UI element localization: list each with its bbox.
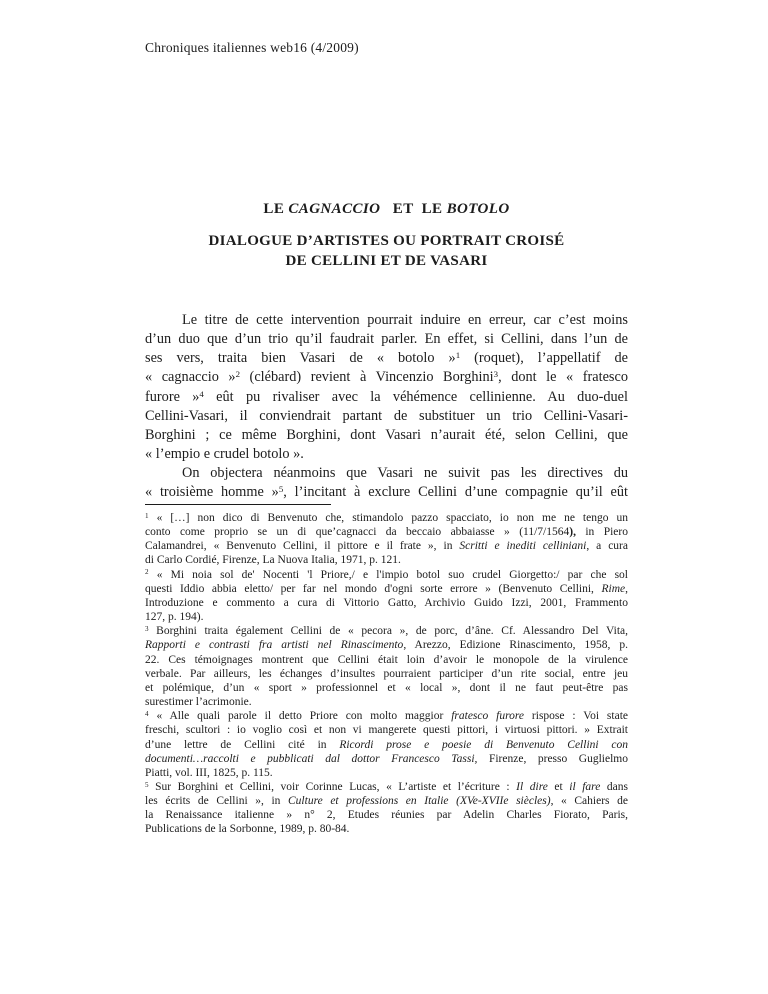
footnote-line: et polémique, d’un « sport » professionn… <box>145 681 628 695</box>
text-run: « Mi noia sol de' Nocenti 'l Priore,/ e … <box>149 569 628 581</box>
body-line: ses vers, traita bien Vasari de « botolo… <box>145 349 628 368</box>
footnote-separator <box>145 504 331 505</box>
text-run: d’une lettre de Cellini cité in <box>145 739 339 751</box>
body-line: Borghini ; ce même Borghini, dont Vasari… <box>145 426 628 445</box>
footnote-line: documenti…raccolti e pubblicati dal dott… <box>145 752 628 766</box>
footnote-line: conto come proprio se un di que’cagnacci… <box>145 525 628 539</box>
text-run: « l’empio e crudel botolo ». <box>145 446 304 462</box>
text-run: in Piero <box>576 526 628 538</box>
text-run: di Carlo Cordié, Firenze, La Nuova Itali… <box>145 554 401 566</box>
text-run: eût pu rivaliser avec la véhémence celli… <box>204 389 628 405</box>
text-run: d’un duo que d’un trio qu’il faudrait pa… <box>145 331 628 347</box>
text-run: 22. Ces témoignages montrent que Cellini… <box>145 654 628 666</box>
body-line: furore »4 eût pu rivaliser avec la véhém… <box>145 388 628 407</box>
text-run: freschi, scultori : io voglio così et no… <box>145 724 628 736</box>
footnote-ref: 1 <box>456 350 460 360</box>
text-run: BOTOLO <box>447 201 510 217</box>
text-run: ses vers, traita bien Vasari de « botolo… <box>145 350 456 366</box>
text-run: questi Iddio abbia eletto/ per far nel m… <box>145 583 601 595</box>
text-run: Rapporti e contrasti fra artisti nel Rin… <box>145 639 403 651</box>
footnote-line: 2 « Mi noia sol de' Nocenti 'l Priore,/ … <box>145 568 628 582</box>
footnote-line: la Renaissance italienne » n° 2, Etudes … <box>145 808 628 822</box>
text-run: (roquet), l’appellatif de <box>460 350 628 366</box>
footnote-line: 4 « Alle quali parole il detto Priore co… <box>145 709 628 723</box>
text-run: dans <box>600 781 628 793</box>
text-run: « […] non dico di Benvenuto che, stimand… <box>149 512 628 524</box>
footnote-line: Calamandrei, « Benvenuto Cellini, il pit… <box>145 539 628 553</box>
body-line: « troisième homme »5, l’incitant à exclu… <box>145 483 628 502</box>
text-run: Scritti e inediti celliniani <box>459 540 586 552</box>
text-run: , dont le « fratesco <box>498 369 628 385</box>
text-run: Calamandrei, « Benvenuto Cellini, il pit… <box>145 540 459 552</box>
article-subtitle-line1: DIALOGUE D’ARTISTES OU PORTRAIT CROISÉ <box>145 231 628 251</box>
footnote-ref: 4 <box>199 389 203 399</box>
footnote-line: surestimer l’acrimonie. <box>145 695 628 709</box>
text-run: surestimer l’acrimonie. <box>145 696 252 708</box>
body-line: d’un duo que d’un trio qu’il faudrait pa… <box>145 330 628 349</box>
text-run: verbale. Par ailleurs, les échanges d’in… <box>145 668 628 680</box>
text-run: On objectera néanmoins que Vasari ne sui… <box>182 465 628 481</box>
text-run: Le titre de cette intervention pourrait … <box>182 312 628 328</box>
footnote-line: 127, p. 194). <box>145 610 628 624</box>
body-line: « l’empio e crudel botolo ». <box>145 445 628 464</box>
footnote-line: d’une lettre de Cellini cité in Ricordi … <box>145 738 628 752</box>
text-run: Ricordi prose e poesie di Benvenuto Cell… <box>339 739 628 751</box>
footnote-line: Publications de la Sorbonne, 1989, p. 80… <box>145 822 628 836</box>
footnote-line: questi Iddio abbia eletto/ per far nel m… <box>145 582 628 596</box>
text-run: ), <box>569 526 576 538</box>
text-run: rispose : Voi state <box>524 710 628 722</box>
footnote-ref: 4 <box>145 710 149 718</box>
text-run: documenti…raccolti e pubblicati dal dott… <box>145 753 477 765</box>
text-run: , a cura <box>586 540 628 552</box>
text-run: Introduzione e commento a cura di Vittor… <box>145 597 628 609</box>
text-run: Firenze, presso Guglielmo <box>477 753 628 765</box>
footnote-line: di Carlo Cordié, Firenze, La Nuova Itali… <box>145 553 628 567</box>
footnote-line: Introduzione e commento a cura di Vittor… <box>145 596 628 610</box>
text-run: Sur Borghini et Cellini, voir Corinne Lu… <box>149 781 517 793</box>
text-run: « cagnaccio » <box>145 369 236 385</box>
text-run: Piatti, vol. III, 1825, p. 115. <box>145 767 273 779</box>
footnote-ref: 5 <box>279 484 283 494</box>
footnote-ref: 3 <box>145 625 149 633</box>
text-run: Borghini traita également Cellini de « p… <box>149 625 628 637</box>
text-run: fratesco furore <box>451 710 524 722</box>
text-run: Cellini-Vasari, il conviendrait partant … <box>145 408 628 424</box>
text-run: CAGNACCIO <box>288 201 380 217</box>
text-run: furore » <box>145 389 199 405</box>
text-run: conto come proprio se un di que’cagnacci… <box>145 526 569 538</box>
footnote-ref: 1 <box>145 512 149 520</box>
footnote-ref: 2 <box>145 568 149 576</box>
footnote-ref: 3 <box>494 369 498 379</box>
text-run: ET LE <box>380 201 446 217</box>
footnote-line: 1 « […] non dico di Benvenuto che, stima… <box>145 511 628 525</box>
text-run: il fare <box>569 781 600 793</box>
footnote-line: 22. Ces témoignages montrent que Cellini… <box>145 653 628 667</box>
footnote-line: 3 Borghini traita également Cellini de «… <box>145 624 628 638</box>
footnote-ref: 5 <box>145 781 149 789</box>
text-run: 127, p. 194). <box>145 611 203 623</box>
text-run: « Alle quali parole il detto Priore con … <box>149 710 452 722</box>
article-subtitle-line2: DE CELLINI ET DE VASARI <box>145 251 628 271</box>
text-run: Rime <box>601 583 625 595</box>
footnote-line: Piatti, vol. III, 1825, p. 115. <box>145 766 628 780</box>
footnote-line: 5 Sur Borghini et Cellini, voir Corinne … <box>145 780 628 794</box>
text-run: , <box>625 583 628 595</box>
article-title: LE CAGNACCIO ET LE BOTOLO <box>145 201 628 218</box>
body-line: « cagnaccio »2 (clébard) revient à Vince… <box>145 368 628 387</box>
text-run: la Renaissance italienne » n° 2, Etudes … <box>145 809 628 821</box>
footnote-ref: 2 <box>236 369 240 379</box>
footnote-line: freschi, scultori : io voglio così et no… <box>145 723 628 737</box>
text-run: et polémique, d’un « sport » professionn… <box>145 682 628 694</box>
body-line: On objectera néanmoins que Vasari ne sui… <box>145 464 628 483</box>
article-subtitle: DIALOGUE D’ARTISTES OU PORTRAIT CROISÉ D… <box>145 231 628 271</box>
footnote-line: Rapporti e contrasti fra artisti nel Rin… <box>145 638 628 652</box>
footnote-line: les écrits de Cellini », in Culture et p… <box>145 794 628 808</box>
body-text: Le titre de cette intervention pourrait … <box>145 311 628 503</box>
footnotes-section: 1 « […] non dico di Benvenuto che, stima… <box>145 511 628 837</box>
body-line: Le titre de cette intervention pourrait … <box>145 311 628 330</box>
text-run: « troisième homme » <box>145 484 279 500</box>
text-run: Publications de la Sorbonne, 1989, p. 80… <box>145 823 349 835</box>
body-line: Cellini-Vasari, il conviendrait partant … <box>145 407 628 426</box>
text-run: , « Cahiers de <box>551 795 628 807</box>
footnote-line: verbale. Par ailleurs, les échanges d’in… <box>145 667 628 681</box>
text-run: Culture et professions en Italie (XVe-XV… <box>288 795 551 807</box>
journal-header: Chroniques italiennes web16 (4/2009) <box>145 40 628 56</box>
text-run: et <box>548 781 569 793</box>
text-run: Il dire <box>516 781 548 793</box>
text-run: , Arezzo, Edizione Rinascimento, 1958, p… <box>403 639 628 651</box>
text-run: (clébard) revient à Vincenzio Borghini <box>240 369 494 385</box>
text-run: , l’incitant à exclure Cellini d’une com… <box>283 484 628 500</box>
text-run: Borghini ; ce même Borghini, dont Vasari… <box>145 427 628 443</box>
text-run: LE <box>263 201 288 217</box>
text-run: les écrits de Cellini », in <box>145 795 288 807</box>
document-page: { "colors": { "text": "#1c1c1c", "backgr… <box>0 0 768 994</box>
